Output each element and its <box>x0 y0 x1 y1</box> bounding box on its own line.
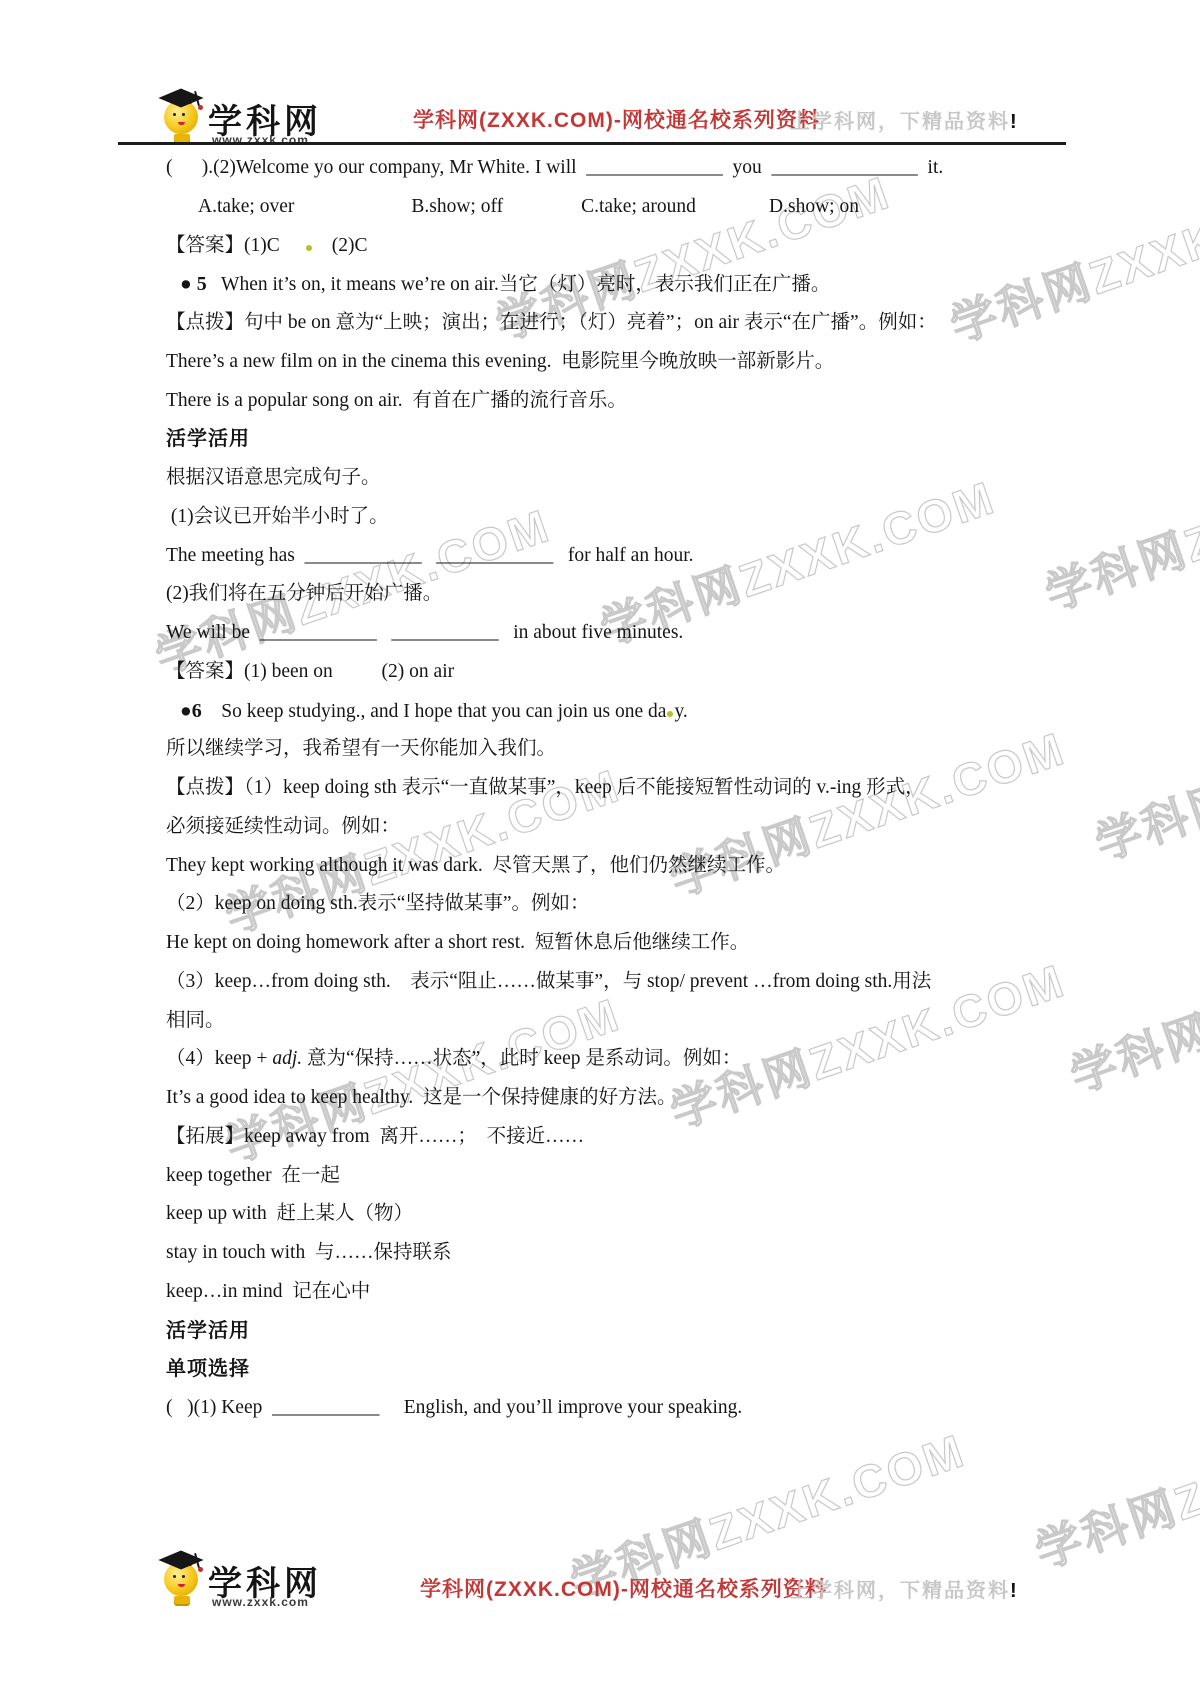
answer-line: 【答案】(1)C(2)C <box>166 227 1126 266</box>
slogan-exclamation: ! <box>1010 1580 1017 1602</box>
fill-blank-line: We will be ____________ ___________ in a… <box>166 614 1126 653</box>
footer-banner: 学科网(ZXXK.COM)-网校通名校系列资料 <box>420 1573 827 1603</box>
yellow-dot-artifact <box>667 711 673 717</box>
text-line: 所以继续学习，我希望有一天你能加入我们。 <box>166 730 1126 769</box>
slogan-text: 上学科网，下精品资料 <box>790 111 1010 133</box>
document-page: { "header": { "logo": { "name": "学科网", "… <box>0 0 1200 1698</box>
point-6-line: ●6 So keep studying., and I hope that yo… <box>166 692 1126 731</box>
text-line: There’s a new film on in the cinema this… <box>166 343 1126 382</box>
text-line: （2）keep on doing sth.表示“坚持做某事”。例如： <box>166 885 1126 924</box>
mascot-icon <box>158 1548 208 1608</box>
text-line: （4）keep + adj. 意为“保持……状态”，此时 keep 是系动词。例… <box>166 1040 1126 1079</box>
text-line: (2)我们将在五分钟后开始广播。 <box>166 575 1126 614</box>
footer-slogan: 上学科网，下精品资料! <box>790 1574 1017 1603</box>
bullet-icon: ● <box>180 274 192 295</box>
section-heading: 活学活用 <box>166 420 1126 459</box>
options-line: A.take; over B.show; off C.take; around … <box>166 188 1126 227</box>
point-5-line: ● 5 When it’s on, it means we’re on air.… <box>166 265 1126 304</box>
page-header: 学科网 www.zxxk.com 学科网(ZXXK.COM)-网校通名校系列资料… <box>0 74 1200 164</box>
section-heading: 活学活用 <box>166 1312 1126 1351</box>
text-line: He kept on doing homework after a short … <box>166 924 1126 963</box>
page-background: 学科网ZXXK.COM 学科网ZXXK.COM 学科网ZXXK.COM 学科网Z… <box>0 0 1200 1698</box>
logo-url: www.zxxk.com <box>212 1595 309 1609</box>
header-slogan: 上学科网，下精品资料! <box>790 105 1017 134</box>
text-line: 相同。 <box>166 1002 1126 1041</box>
text-line: keep up with 赶上某人（物） <box>166 1195 1126 1234</box>
slogan-text: 上学科网，下精品资料 <box>790 1580 1010 1602</box>
answer-line: 【答案】(1) been on (2) on air <box>166 653 1126 692</box>
text-line: There is a popular song on air. 有首在广播的流行… <box>166 382 1126 421</box>
text-line: (1)会议已开始半小时了。 <box>166 498 1126 537</box>
header-banner: 学科网(ZXXK.COM)-网校通名校系列资料 <box>413 104 820 134</box>
page-footer: 学科网 www.zxxk.com 学科网(ZXXK.COM)-网校通名校系列资料… <box>0 1544 1200 1634</box>
text-line: （3）keep…from doing sth. 表示“阻止……做某事”，与 st… <box>166 963 1126 1002</box>
text-line: keep together 在一起 <box>166 1157 1126 1196</box>
question-line: ( )(1) Keep ___________ English, and you… <box>166 1389 1126 1428</box>
yellow-dot-artifact <box>306 245 312 251</box>
text-line: 【点拨】句中 be on 意为“上映；演出；在进行；（灯）亮着”；on air … <box>166 304 1126 343</box>
text-line: 【点拨】（1）keep doing sth 表示“一直做某事”，keep 后不能… <box>166 769 1126 808</box>
mascot-icon <box>158 86 208 146</box>
zxxk-logo: 学科网 www.zxxk.com <box>158 86 378 156</box>
text-line: keep…in mind 记在心中 <box>166 1273 1126 1312</box>
zxxk-logo: 学科网 www.zxxk.com <box>158 1548 378 1618</box>
header-rule <box>118 142 1066 145</box>
bullet-icon: ● <box>180 701 192 722</box>
text-line: 根据汉语意思完成句子。 <box>166 459 1126 498</box>
italic-term: adj. <box>272 1048 302 1069</box>
text-line: It’s a good idea to keep healthy. 这是一个保持… <box>166 1079 1126 1118</box>
slogan-exclamation: ! <box>1010 111 1017 133</box>
text-line: They kept working although it was dark. … <box>166 847 1126 886</box>
section-heading: 单项选择 <box>166 1350 1126 1389</box>
text-line: 【拓展】keep away from 离开……； 不接近…… <box>166 1118 1126 1157</box>
text-line: stay in touch with 与……保持联系 <box>166 1234 1126 1273</box>
document-content: ( ).(2)Welcome yo our company, Mr White.… <box>166 149 1126 1428</box>
text-line: 必须接延续性动词。例如： <box>166 808 1126 847</box>
fill-blank-line: The meeting has ____________ ___________… <box>166 537 1126 576</box>
